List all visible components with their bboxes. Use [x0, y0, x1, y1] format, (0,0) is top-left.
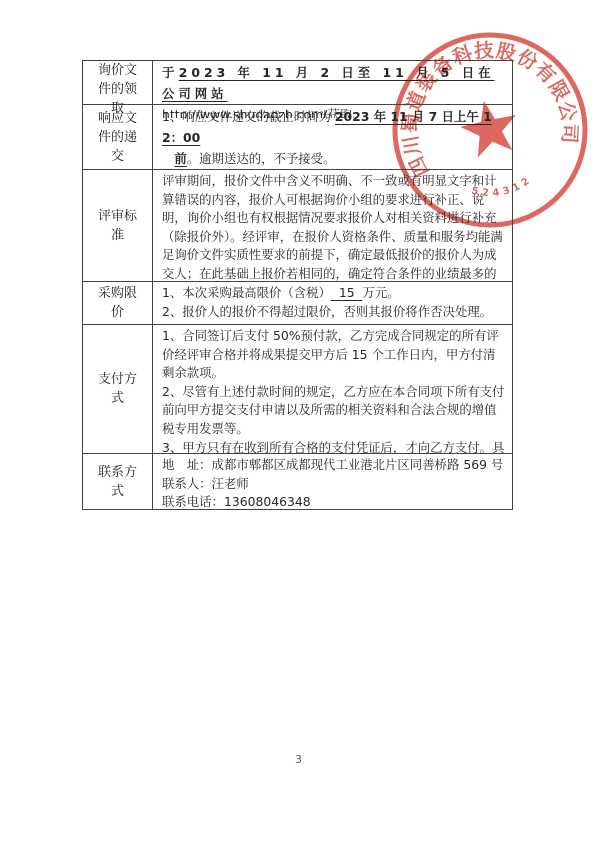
paragraph: 3、甲方只有在收到所有合格的支付凭证后，才向乙方支付。具体内容以签订的合同条款为… [162, 439, 506, 453]
paragraph: 1、合同签订后支付 50%预付款，乙方完成合同规定的所有评价经评审合格并将成果提… [162, 327, 506, 383]
row-content: 1、合同签订后支付 50%预付款，乙方完成合同规定的所有评价经评审合格并将成果提… [153, 325, 512, 453]
row-label: 响应文件的递交 [83, 105, 153, 169]
row-content: 评审期间，报价文件中含义不明确、不一致或有明显文字和计算错误的内容，报价人可根据… [153, 170, 512, 281]
paragraph: 1、本次采购最高限价（含税） 15 万元。 [162, 284, 506, 303]
row-label: 采购限价 [83, 282, 153, 324]
row-label: 支付方式 [83, 325, 153, 453]
document-page: 四川蜀道装备科技股份有限公司 524312 询价文件的领取 于 2023 年 1… [0, 0, 597, 843]
paragraph: 地 址：成都市郫都区成都现代工业港北片区同善桥路 569 号 [162, 456, 506, 475]
paragraph: 联系电话：13608046348 [162, 493, 506, 509]
table-row-evaluation-criteria: 评审标准 评审期间，报价文件中含义不明确、不一致或有明显文字和计算错误的内容，报… [83, 169, 512, 281]
row-content: 1、本次采购最高限价（含税） 15 万元。 2、报价人的报价不得超过限价，否则其… [153, 282, 512, 324]
row-label: 评审标准 [83, 170, 153, 281]
paragraph: 1、响应文件递交的截止时间为 2023 年 11 月 7 日上午 12：00 前… [162, 106, 506, 169]
row-label: 联系方式 [83, 454, 153, 509]
row-content: 地 址：成都市郫都区成都现代工业港北片区同善桥路 569 号 联系人：汪老师 联… [153, 454, 512, 509]
table-row-response-submission: 响应文件的递交 1、响应文件递交的截止时间为 2023 年 11 月 7 日上午… [83, 104, 512, 169]
procurement-info-table: 询价文件的领取 于 2023 年 11 月 2 日至 11 月 5 日在公司网站… [82, 60, 513, 510]
paragraph: 评审期间，报价文件中含义不明确、不一致或有明显文字和计算错误的内容，报价人可根据… [162, 172, 506, 281]
row-content: 1、响应文件递交的截止时间为 2023 年 11 月 7 日上午 12：00 前… [153, 105, 512, 169]
paragraph: 2、尽管有上述付款时间的规定，乙方应在本合同项下所有支付前向甲方提交支付申请以及… [162, 383, 506, 439]
paragraph: 联系人：汪老师 [162, 475, 506, 494]
table-row-inquiry-document: 询价文件的领取 于 2023 年 11 月 2 日至 11 月 5 日在公司网站… [83, 61, 512, 104]
table-row-payment-method: 支付方式 1、合同签订后支付 50%预付款，乙方完成合同规定的所有评价经评审合格… [83, 324, 512, 453]
paragraph: 2、报价人的报价不得超过限价，否则其报价将作否决处理。 [162, 303, 506, 322]
page-number: 3 [0, 753, 597, 766]
table-row-price-limit: 采购限价 1、本次采购最高限价（含税） 15 万元。 2、报价人的报价不得超过限… [83, 281, 512, 324]
table-row-contact-info: 联系方式 地 址：成都市郫都区成都现代工业港北片区同善桥路 569 号 联系人：… [83, 453, 512, 509]
